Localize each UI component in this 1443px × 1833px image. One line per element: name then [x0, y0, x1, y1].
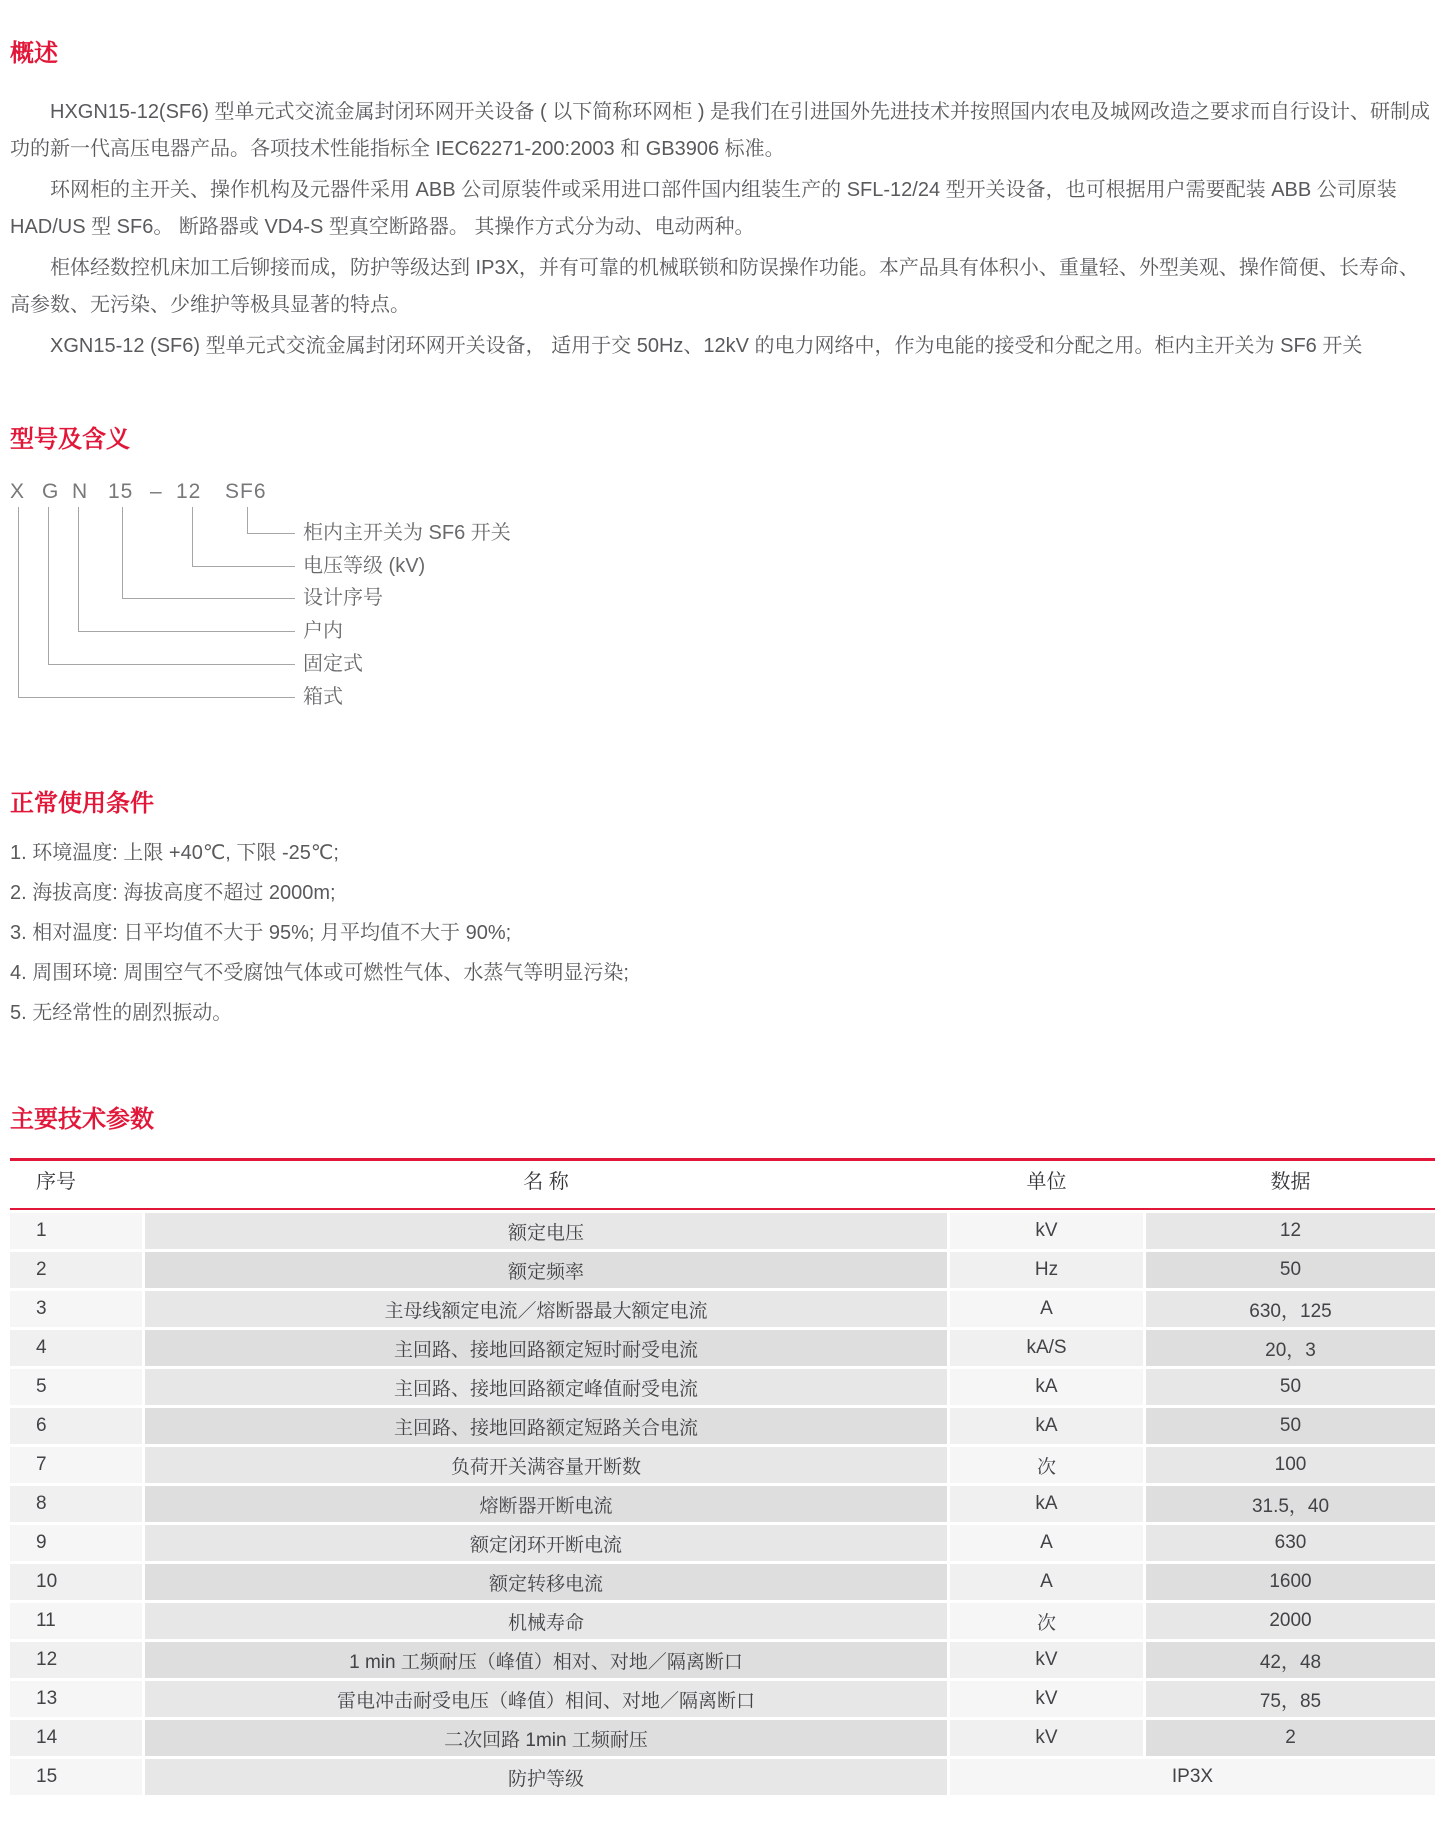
- parameter-value-cell: 1600: [1146, 1564, 1435, 1600]
- table-row: 4主回路、接地回路额定短时耐受电流kA/S20，3: [10, 1330, 1435, 1366]
- parameter-value-cell: 100: [1146, 1447, 1435, 1483]
- model-code-part: 15: [108, 480, 133, 504]
- diagram-label: 户内: [303, 618, 343, 644]
- parameter-name-cell: 雷电冲击耐受电压（峰值）相间、对地／隔离断口: [145, 1681, 947, 1717]
- overview-heading: 概述: [10, 40, 1435, 68]
- catalog-page: { "page": { "accent_color": "#e11638", "…: [0, 0, 1443, 1833]
- row-number-cell: 11: [10, 1603, 142, 1639]
- row-number-cell: 1: [10, 1213, 142, 1249]
- row-number-cell: 7: [10, 1447, 142, 1483]
- diagram-label: 固定式: [303, 651, 363, 677]
- table-header-row: 序号名 称单位数据: [10, 1161, 1435, 1210]
- parameter-name-cell: 主母线额定电流／熔断器最大额定电流: [145, 1291, 947, 1327]
- condition-item: 4. 周围环境: 周围空气不受腐蚀气体或可燃性气体、水蒸气等明显污染;: [10, 961, 1435, 985]
- model-code-part: G: [42, 480, 59, 504]
- diagram-connector-line: [18, 697, 295, 698]
- table-row: 6主回路、接地回路额定短路关合电流kA50: [10, 1408, 1435, 1444]
- table-row: 3主母线额定电流／熔断器最大额定电流A630，125: [10, 1291, 1435, 1327]
- table-row: 11机械寿命次2000: [10, 1603, 1435, 1639]
- parameter-name-cell: 机械寿命: [145, 1603, 947, 1639]
- parameter-value-cell: IP3X: [950, 1759, 1435, 1795]
- row-number-cell: 9: [10, 1525, 142, 1561]
- condition-item: 2. 海拔高度: 海拔高度不超过 2000m;: [10, 881, 1435, 905]
- model-code-part: X: [10, 480, 25, 504]
- row-number-cell: 6: [10, 1408, 142, 1444]
- table-row: 8熔断器开断电流kA31.5，40: [10, 1486, 1435, 1522]
- parameter-unit-cell: 次: [950, 1447, 1143, 1483]
- parameter-name-cell: 熔断器开断电流: [145, 1486, 947, 1522]
- model-code-part: –: [150, 480, 163, 504]
- diagram-connector-line: [122, 598, 295, 599]
- parameter-unit-cell: kV: [950, 1681, 1143, 1717]
- parameter-value-cell: 630，125: [1146, 1291, 1435, 1327]
- parameter-unit-cell: A: [950, 1564, 1143, 1600]
- parameter-unit-cell: kA: [950, 1486, 1143, 1522]
- parameter-name-cell: 主回路、接地回路额定短时耐受电流: [145, 1330, 947, 1366]
- parameter-value-cell: 12: [1146, 1213, 1435, 1249]
- parameter-unit-cell: kA: [950, 1408, 1143, 1444]
- parameter-name-cell: 防护等级: [145, 1759, 947, 1795]
- model-code-part: N: [72, 480, 88, 504]
- table-row: 5主回路、接地回路额定峰值耐受电流kA50: [10, 1369, 1435, 1405]
- parameters-heading: 主要技术参数: [10, 1105, 1435, 1135]
- parameter-unit-cell: Hz: [950, 1252, 1143, 1288]
- overview-paragraph: HXGN15-12(SF6) 型单元式交流金属封闭环网开关设备 ( 以下简称环网…: [10, 94, 1435, 168]
- parameter-unit-cell: kV: [950, 1213, 1143, 1249]
- overview-paragraph: 环网柜的主开关、操作机构及元器件采用 ABB 公司原装件或采用进口部件国内组装生…: [10, 172, 1435, 246]
- parameter-value-cell: 630: [1146, 1525, 1435, 1561]
- diagram-stem-line: [18, 507, 19, 697]
- parameter-value-cell: 20，3: [1146, 1330, 1435, 1366]
- diagram-stem-line: [247, 507, 248, 533]
- diagram-label: 箱式: [303, 684, 343, 710]
- diagram-stem-line: [48, 507, 49, 664]
- parameter-name-cell: 1 min 工频耐压（峰值）相对、对地／隔离断口: [145, 1642, 947, 1678]
- diagram-connector-line: [192, 566, 295, 567]
- model-heading: 型号及含义: [10, 425, 1435, 455]
- parameter-value-cell: 31.5，40: [1146, 1486, 1435, 1522]
- table-row: 1额定电压kV12: [10, 1213, 1435, 1249]
- row-number-cell: 8: [10, 1486, 142, 1522]
- diagram-stem-line: [122, 507, 123, 598]
- diagram-stem-line: [78, 507, 79, 631]
- overview-paragraphs: HXGN15-12(SF6) 型单元式交流金属封闭环网开关设备 ( 以下简称环网…: [10, 94, 1435, 365]
- model-code-part: SF6: [225, 480, 267, 504]
- parameter-unit-cell: A: [950, 1291, 1143, 1327]
- parameter-value-cell: 75，85: [1146, 1681, 1435, 1717]
- row-number-cell: 4: [10, 1330, 142, 1366]
- parameter-name-cell: 主回路、接地回路额定短路关合电流: [145, 1408, 947, 1444]
- model-code-part: 12: [176, 480, 201, 504]
- table-header-cell: 名 称: [145, 1161, 947, 1197]
- parameter-value-cell: 42，48: [1146, 1642, 1435, 1678]
- row-number-cell: 14: [10, 1720, 142, 1756]
- row-number-cell: 15: [10, 1759, 142, 1795]
- parameter-unit-cell: kA: [950, 1369, 1143, 1405]
- table-header-cell: 数据: [1146, 1161, 1435, 1197]
- parameter-name-cell: 额定电压: [145, 1213, 947, 1249]
- parameter-unit-cell: kV: [950, 1642, 1143, 1678]
- parameter-unit-cell: A: [950, 1525, 1143, 1561]
- diagram-connector-line: [247, 533, 295, 534]
- table-row: 2额定频率Hz50: [10, 1252, 1435, 1288]
- parameter-value-cell: 2000: [1146, 1603, 1435, 1639]
- table-header-cell: 单位: [950, 1161, 1143, 1197]
- row-number-cell: 12: [10, 1642, 142, 1678]
- diagram-label: 柜内主开关为 SF6 开关: [303, 520, 511, 546]
- parameter-value-cell: 2: [1146, 1720, 1435, 1756]
- table-row: 9额定闭环开断电流A630: [10, 1525, 1435, 1561]
- technical-parameters-table: 序号名 称单位数据 1额定电压kV122额定频率Hz503主母线额定电流／熔断器…: [10, 1158, 1435, 1795]
- parameter-unit-cell: kV: [950, 1720, 1143, 1756]
- row-number-cell: 10: [10, 1564, 142, 1600]
- parameter-name-cell: 额定闭环开断电流: [145, 1525, 947, 1561]
- row-number-cell: 13: [10, 1681, 142, 1717]
- parameter-unit-cell: kA/S: [950, 1330, 1143, 1366]
- parameter-value-cell: 50: [1146, 1252, 1435, 1288]
- parameter-name-cell: 主回路、接地回路额定峰值耐受电流: [145, 1369, 947, 1405]
- condition-item: 1. 环境温度: 上限 +40℃, 下限 -25℃;: [10, 841, 1435, 865]
- parameter-value-cell: 50: [1146, 1408, 1435, 1444]
- table-row: 10额定转移电流A1600: [10, 1564, 1435, 1600]
- diagram-label: 设计序号: [303, 585, 383, 611]
- parameter-value-cell: 50: [1146, 1369, 1435, 1405]
- parameter-name-cell: 额定频率: [145, 1252, 947, 1288]
- overview-paragraph: XGN15-12 (SF6) 型单元式交流金属封闭环网开关设备， 适用于交 50…: [10, 328, 1435, 365]
- parameter-name-cell: 二次回路 1min 工频耐压: [145, 1720, 947, 1756]
- parameter-name-cell: 负荷开关满容量开断数: [145, 1447, 947, 1483]
- conditions-heading: 正常使用条件: [10, 789, 1435, 819]
- row-number-cell: 3: [10, 1291, 142, 1327]
- table-row: 121 min 工频耐压（峰值）相对、对地／隔离断口kV42，48: [10, 1642, 1435, 1678]
- diagram-stem-line: [192, 507, 193, 566]
- table-row: 13雷电冲击耐受电压（峰值）相间、对地／隔离断口kV75，85: [10, 1681, 1435, 1717]
- diagram-connector-line: [48, 664, 295, 665]
- parameter-unit-cell: 次: [950, 1603, 1143, 1639]
- row-number-cell: 2: [10, 1252, 142, 1288]
- table-row: 15防护等级IP3X: [10, 1759, 1435, 1795]
- table-header-cell: 序号: [10, 1161, 142, 1197]
- overview-paragraph: 柜体经数控机床加工后铆接而成，防护等级达到 IP3X，并有可靠的机械联锁和防误操…: [10, 250, 1435, 324]
- condition-item: 3. 相对温度: 日平均值不大于 95%; 月平均值不大于 90%;: [10, 921, 1435, 945]
- parameter-name-cell: 额定转移电流: [145, 1564, 947, 1600]
- diagram-label: 电压等级 (kV): [303, 553, 425, 579]
- diagram-connector-line: [78, 631, 295, 632]
- table-body: 1额定电压kV122额定频率Hz503主母线额定电流／熔断器最大额定电流A630…: [10, 1210, 1435, 1795]
- conditions-list: 1. 环境温度: 上限 +40℃, 下限 -25℃;2. 海拔高度: 海拔高度不…: [10, 841, 1435, 1025]
- table-row: 14二次回路 1min 工频耐压kV2: [10, 1720, 1435, 1756]
- model-designation-diagram: XGN15–12SF6柜内主开关为 SF6 开关电压等级 (kV)设计序号户内固…: [10, 477, 1435, 727]
- condition-item: 5. 无经常性的剧烈振动。: [10, 1001, 1435, 1025]
- row-number-cell: 5: [10, 1369, 142, 1405]
- table-row: 7负荷开关满容量开断数次100: [10, 1447, 1435, 1483]
